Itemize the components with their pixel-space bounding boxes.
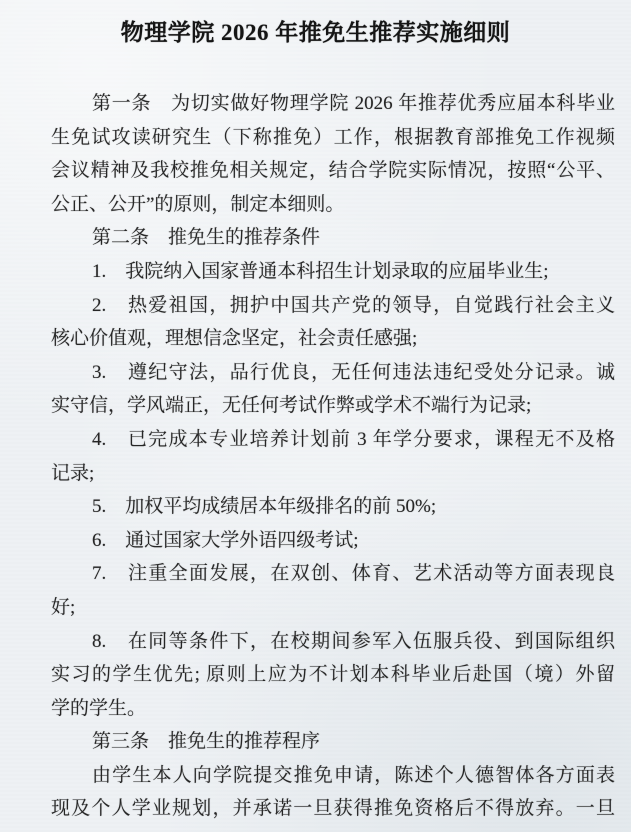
document-line: 会议精神及我校推免相关规定，结合学院实际情况，按照“公平、 (51, 154, 615, 188)
document-line: 由学生本人向学院提交推免申请，陈述个人德智体各方面表 (51, 759, 615, 793)
document-line: 1. 我院纳入国家普通本科招生计划录取的应届毕业生; (51, 255, 615, 289)
scanned-document-page: 物理学院 2026 年推免生推荐实施细则 第一条 为切实做好物理学院 2026 … (0, 0, 631, 832)
document-line: 核心价值观，理想信念坚定，社会责任感强; (51, 322, 615, 356)
document-line: 第一条 为切实做好物理学院 2026 年推荐优秀应届本科毕业 (51, 87, 615, 121)
document-line: 实守信，学风端正，无任何考试作弊或学术不端行为记录; (51, 389, 615, 423)
document-title: 物理学院 2026 年推免生推荐实施细则 (0, 20, 631, 46)
document-body: 第一条 为切实做好物理学院 2026 年推荐优秀应届本科毕业生免试攻读研究生（下… (51, 87, 615, 826)
document-line: 5. 加权平均成绩居本年级排名的前 50%; (51, 490, 615, 524)
document-line: 第二条 推免生的推荐条件 (51, 221, 615, 255)
document-line: 好; (51, 591, 615, 625)
document-line: 公正、公开”的原则，制定本细则。 (51, 188, 615, 222)
document-line: 学的学生。 (51, 692, 615, 726)
document-line: 现及个人学业规划，并承诺一旦获得推免资格后不得放弃。一旦 (51, 792, 615, 826)
document-line: 7. 注重全面发展，在双创、体育、艺术活动等方面表现良 (51, 557, 615, 591)
document-line: 3. 遵纪守法，品行优良，无任何违法违纪受处分记录。诚 (51, 356, 615, 390)
document-line: 2. 热爱祖国，拥护中国共产党的领导，自觉践行社会主义 (51, 289, 615, 323)
document-line: 生免试攻读研究生（下称推免）工作，根据教育部推免工作视频 (51, 121, 615, 155)
document-line: 6. 通过国家大学外语四级考试; (51, 524, 615, 558)
document-line: 第三条 推免生的推荐程序 (51, 725, 615, 759)
document-line: 8. 在同等条件下，在校期间参军入伍服兵役、到国际组织 (51, 625, 615, 659)
document-line: 4. 已完成本专业培养计划前 3 年学分要求，课程无不及格 (51, 423, 615, 457)
document-line: 记录; (51, 457, 615, 491)
document-line: 实习的学生优先; 原则上应为不计划本科毕业后赴国（境）外留 (51, 658, 615, 692)
